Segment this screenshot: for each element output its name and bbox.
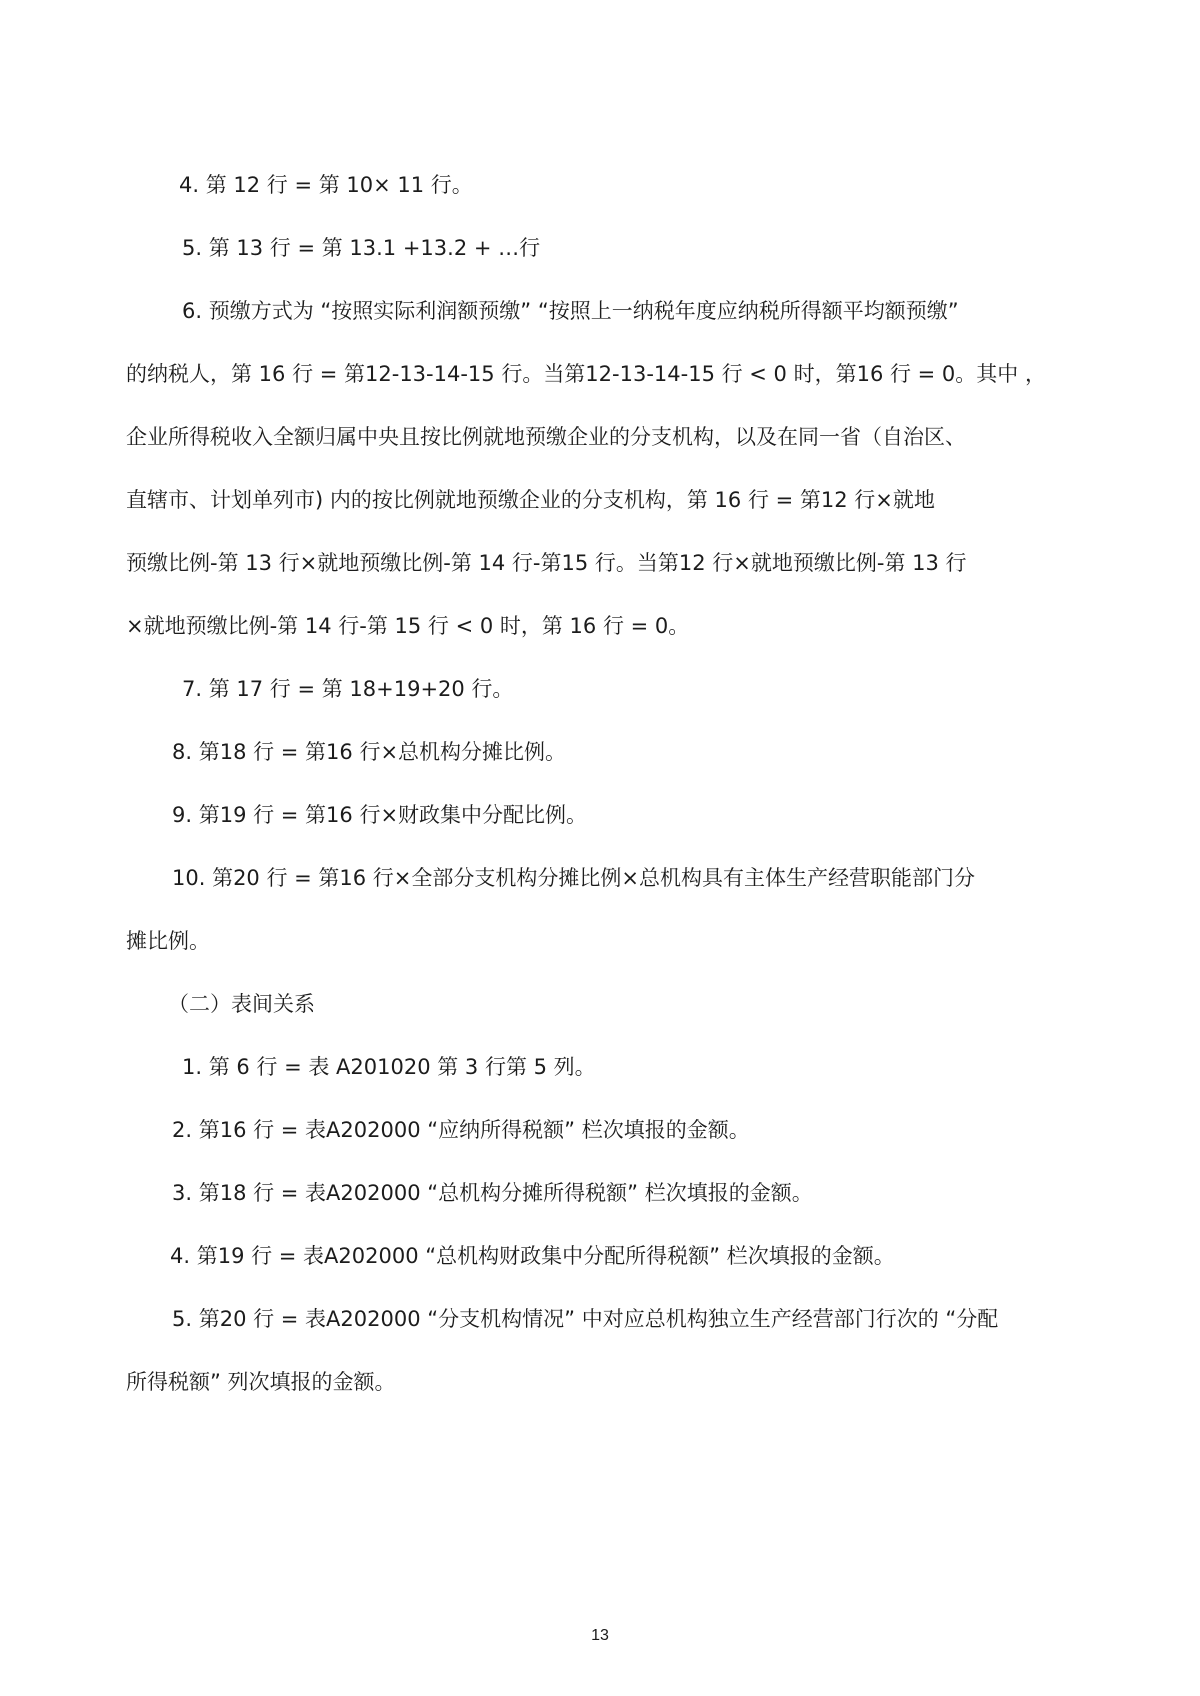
- rule-item-10-line-1: 10. 第20 行 = 第16 行×全部分支机构分摊比例×总机构具有主体生产经营…: [172, 863, 975, 893]
- relation-item-4: 4. 第19 行 = 表A202000 “总机构财政集中分配所得税额” 栏次填报…: [170, 1241, 895, 1271]
- rule-item-6-line-6: ×就地预缴比例-第 14 行-第 15 行 < 0 时，第 16 行 = 0。: [126, 611, 689, 641]
- relation-item-3: 3. 第18 行 = 表A202000 “总机构分摊所得税额” 栏次填报的金额。: [172, 1178, 813, 1208]
- relation-item-5-line-2: 所得税额” 列次填报的金额。: [126, 1367, 396, 1397]
- section-heading-inter-table-relations: （二）表间关系: [168, 989, 315, 1019]
- relation-item-2: 2. 第16 行 = 表A202000 “应纳所得税额” 栏次填报的金额。: [172, 1115, 750, 1145]
- page-number: 13: [0, 1627, 1200, 1645]
- document-page: 4. 第 12 行 = 第 10× 11 行。 5. 第 13 行 = 第 13…: [0, 0, 1200, 1696]
- rule-item-4-row12: 4. 第 12 行 = 第 10× 11 行。: [179, 170, 473, 200]
- rule-item-6-line-3: 企业所得税收入全额归属中央且按比例就地预缴企业的分支机构，以及在同一省（自治区、: [126, 422, 966, 452]
- rule-item-6-line-5: 预缴比例-第 13 行×就地预缴比例-第 14 行-第15 行。当第12 行×就…: [126, 548, 967, 578]
- rule-item-7-row17: 7. 第 17 行 = 第 18+19+20 行。: [182, 674, 513, 704]
- rule-item-8-row18: 8. 第18 行 = 第16 行×总机构分摊比例。: [172, 737, 566, 767]
- relation-item-5-line-1: 5. 第20 行 = 表A202000 “分支机构情况” 中对应总机构独立生产经…: [172, 1304, 998, 1334]
- rule-item-10-line-2: 摊比例。: [126, 926, 210, 956]
- rule-item-5-row13: 5. 第 13 行 = 第 13.1 +13.2 + …行: [182, 233, 540, 263]
- rule-item-6-line-2: 的纳税人，第 16 行 = 第12-13-14-15 行。当第12-13-14-…: [126, 359, 1046, 389]
- rule-item-6-line-1: 6. 预缴方式为 “按照实际利润额预缴” “按照上一纳税年度应纳税所得额平均额预…: [182, 296, 959, 326]
- rule-item-6-line-4: 直辖市、计划单列市) 内的按比例就地预缴企业的分支机构，第 16 行 = 第12…: [126, 485, 935, 515]
- relation-item-1: 1. 第 6 行 = 表 A201020 第 3 行第 5 列。: [182, 1052, 596, 1082]
- rule-item-9-row19: 9. 第19 行 = 第16 行×财政集中分配比例。: [172, 800, 587, 830]
